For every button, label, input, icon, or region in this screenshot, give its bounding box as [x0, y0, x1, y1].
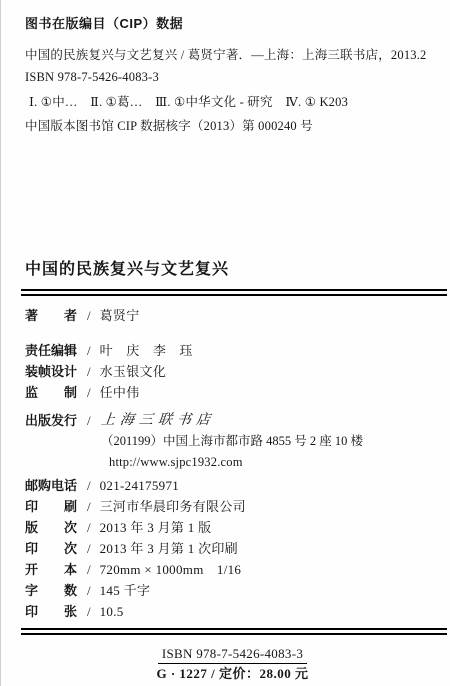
detail-label: 版 次	[25, 519, 83, 537]
credit-value: 叶 庆 李 珏	[100, 342, 193, 360]
label-value-slash: /	[87, 603, 91, 621]
colophon-rows: 著 者 / 葛贤宁 责任编辑 / 叶 庆 李 珏 装帧设计 / 水玉银文化 监 …	[1, 307, 450, 621]
footer-divider-rule	[21, 628, 447, 635]
detail-label: 印 张	[25, 603, 83, 621]
credit-row-supervisor: 监 制 / 任中伟	[25, 384, 450, 402]
credit-value: 任中伟	[100, 384, 140, 402]
detail-value: 2013 年 3 月第 1 版	[100, 519, 212, 537]
credit-value: 水玉银文化	[100, 363, 167, 381]
cip-record-line: 中国的民族复兴与文艺复兴 / 葛贤宁著．—上海：上海三联书店，2013.2	[25, 47, 432, 64]
credit-label: 装帧设计	[25, 363, 83, 381]
detail-row-mail-order-phone: 邮购电话 / 021-24175971	[25, 477, 450, 495]
detail-row-format: 开 本 / 720mm × 1000mm 1/16	[25, 561, 450, 579]
title-divider-rule	[21, 289, 447, 296]
book-title: 中国的民族复兴与文艺复兴	[25, 260, 450, 280]
blank-area	[1, 135, 450, 260]
label-value-slash: /	[87, 540, 91, 558]
label-value-slash: /	[87, 412, 91, 430]
label-value-slash: /	[87, 384, 91, 402]
detail-value: 三河市华晨印务有限公司	[100, 498, 246, 516]
label-value-slash: /	[87, 582, 91, 600]
detail-value: 145 千字	[100, 582, 151, 600]
cip-registry-line: 中国版本图书馆 CIP 数据核字（2013）第 000240 号	[25, 118, 432, 135]
credit-label: 著 者	[25, 307, 83, 325]
detail-row-printing: 印 次 / 2013 年 3 月第 1 次印刷	[25, 540, 450, 558]
detail-row-sheets: 印 张 / 10.5	[25, 603, 450, 621]
detail-row-edition: 版 次 / 2013 年 3 月第 1 版	[25, 519, 450, 537]
label-value-slash: /	[87, 477, 91, 495]
footer-price-block: ISBN 978-7-5426-4083-3 G · 1227 / 定价：28.…	[1, 645, 450, 683]
cip-isbn-line: ISBN 978-7-5426-4083-3	[25, 69, 432, 86]
publisher-address: （201199）中国上海市都市路 4855 号 2 座 10 楼	[101, 433, 450, 450]
detail-label: 邮购电话	[25, 477, 83, 495]
detail-label: 开 本	[25, 561, 83, 579]
copyright-page: 图书在版编目（CIP）数据 中国的民族复兴与文艺复兴 / 葛贤宁著．—上海：上海…	[0, 0, 450, 686]
label-value-slash: /	[87, 342, 91, 360]
detail-value: 021-24175971	[100, 477, 179, 495]
cip-block: 图书在版编目（CIP）数据 中国的民族复兴与文艺复兴 / 葛贤宁著．—上海：上海…	[25, 16, 432, 135]
footer-isbn: ISBN 978-7-5426-4083-3	[158, 646, 307, 664]
detail-label: 印 刷	[25, 498, 83, 516]
credit-label: 责任编辑	[25, 342, 83, 360]
credit-value: 葛贤宁	[100, 307, 140, 325]
credit-row-author: 著 者 / 葛贤宁	[25, 307, 450, 325]
label-value-slash: /	[87, 519, 91, 537]
credit-label: 监 制	[25, 384, 83, 402]
publisher-website: http://www.sjpc1932.com	[109, 454, 450, 471]
detail-value: 2013 年 3 月第 1 次印刷	[100, 540, 238, 558]
detail-row-printer: 印 刷 / 三河市华晨印务有限公司	[25, 498, 450, 516]
detail-value: 10.5	[100, 603, 124, 621]
credit-row-editor: 责任编辑 / 叶 庆 李 珏	[25, 342, 450, 360]
footer-price: G · 1227 / 定价：28.00 元	[15, 664, 450, 683]
label-value-slash: /	[87, 363, 91, 381]
detail-label: 印 次	[25, 540, 83, 558]
label-value-slash: /	[87, 307, 91, 325]
detail-value: 720mm × 1000mm 1/16	[100, 561, 242, 579]
cip-classification-line: Ⅰ. ①中… Ⅱ. ①葛… Ⅲ. ①中华文化 - 研究 Ⅳ. ① K203	[29, 94, 432, 111]
publisher-label: 出版发行	[25, 412, 83, 430]
detail-label: 字 数	[25, 582, 83, 600]
cip-header: 图书在版编目（CIP）数据	[25, 16, 432, 32]
detail-row-word-count: 字 数 / 145 千字	[25, 582, 450, 600]
label-value-slash: /	[87, 498, 91, 516]
publisher-name-calligraphy: 上海三联书店	[100, 412, 216, 430]
publisher-row: 出版发行 / 上海三联书店	[25, 412, 450, 430]
label-value-slash: /	[87, 561, 91, 579]
credit-row-designer: 装帧设计 / 水玉银文化	[25, 363, 450, 381]
